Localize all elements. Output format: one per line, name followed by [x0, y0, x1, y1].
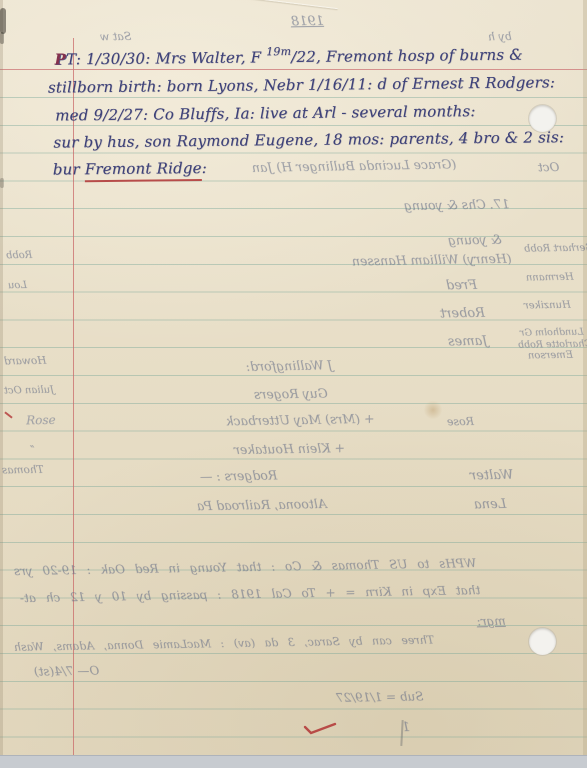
edge-smudge — [0, 178, 4, 188]
page-right-edge — [583, 0, 587, 756]
paper-crease — [238, 0, 337, 9]
ink-line-1-rest: /22, Fremont hosp of burns & — [291, 46, 523, 66]
red-check-mark — [303, 720, 337, 740]
scanner-background-strip — [0, 755, 587, 768]
ink-stain — [424, 400, 442, 420]
edge-smudge — [0, 32, 4, 44]
bleedthrough-text: Sat w — [100, 30, 132, 44]
hole-punch-top — [529, 105, 556, 132]
ruled-lines — [0, 97, 587, 759]
ink-line-5-pre: bur — [53, 160, 85, 178]
red-underlined-burial-place: Fremont Ridge — [85, 159, 202, 182]
ink-line-5-post: : — [202, 159, 207, 177]
page-left-edge — [0, 0, 3, 756]
ink-line-2: stillborn birth: born Lyons, Nebr 1/16/1… — [48, 73, 555, 96]
bleedthrough-text: 1918 — [291, 14, 324, 30]
red-header-rule — [0, 69, 587, 70]
ink-line-1-text: T: 1/30/30: Mrs Walter, F — [66, 48, 266, 68]
bleedthrough-text: by h — [488, 30, 512, 43]
edge-smudge — [0, 8, 6, 34]
superscript-19m: 19m — [266, 45, 291, 58]
hole-punch-bottom — [529, 628, 556, 655]
overwritten-initial: P — [55, 50, 67, 68]
ink-line-5: bur Fremont Ridge: — [53, 159, 207, 179]
scanned-page: 1918Sat wby h(Grace Lucinda Bullinger H)… — [0, 0, 587, 768]
ink-line-1: PT: 1/30/30: Mrs Walter, F 19m/22, Fremo… — [55, 46, 523, 69]
